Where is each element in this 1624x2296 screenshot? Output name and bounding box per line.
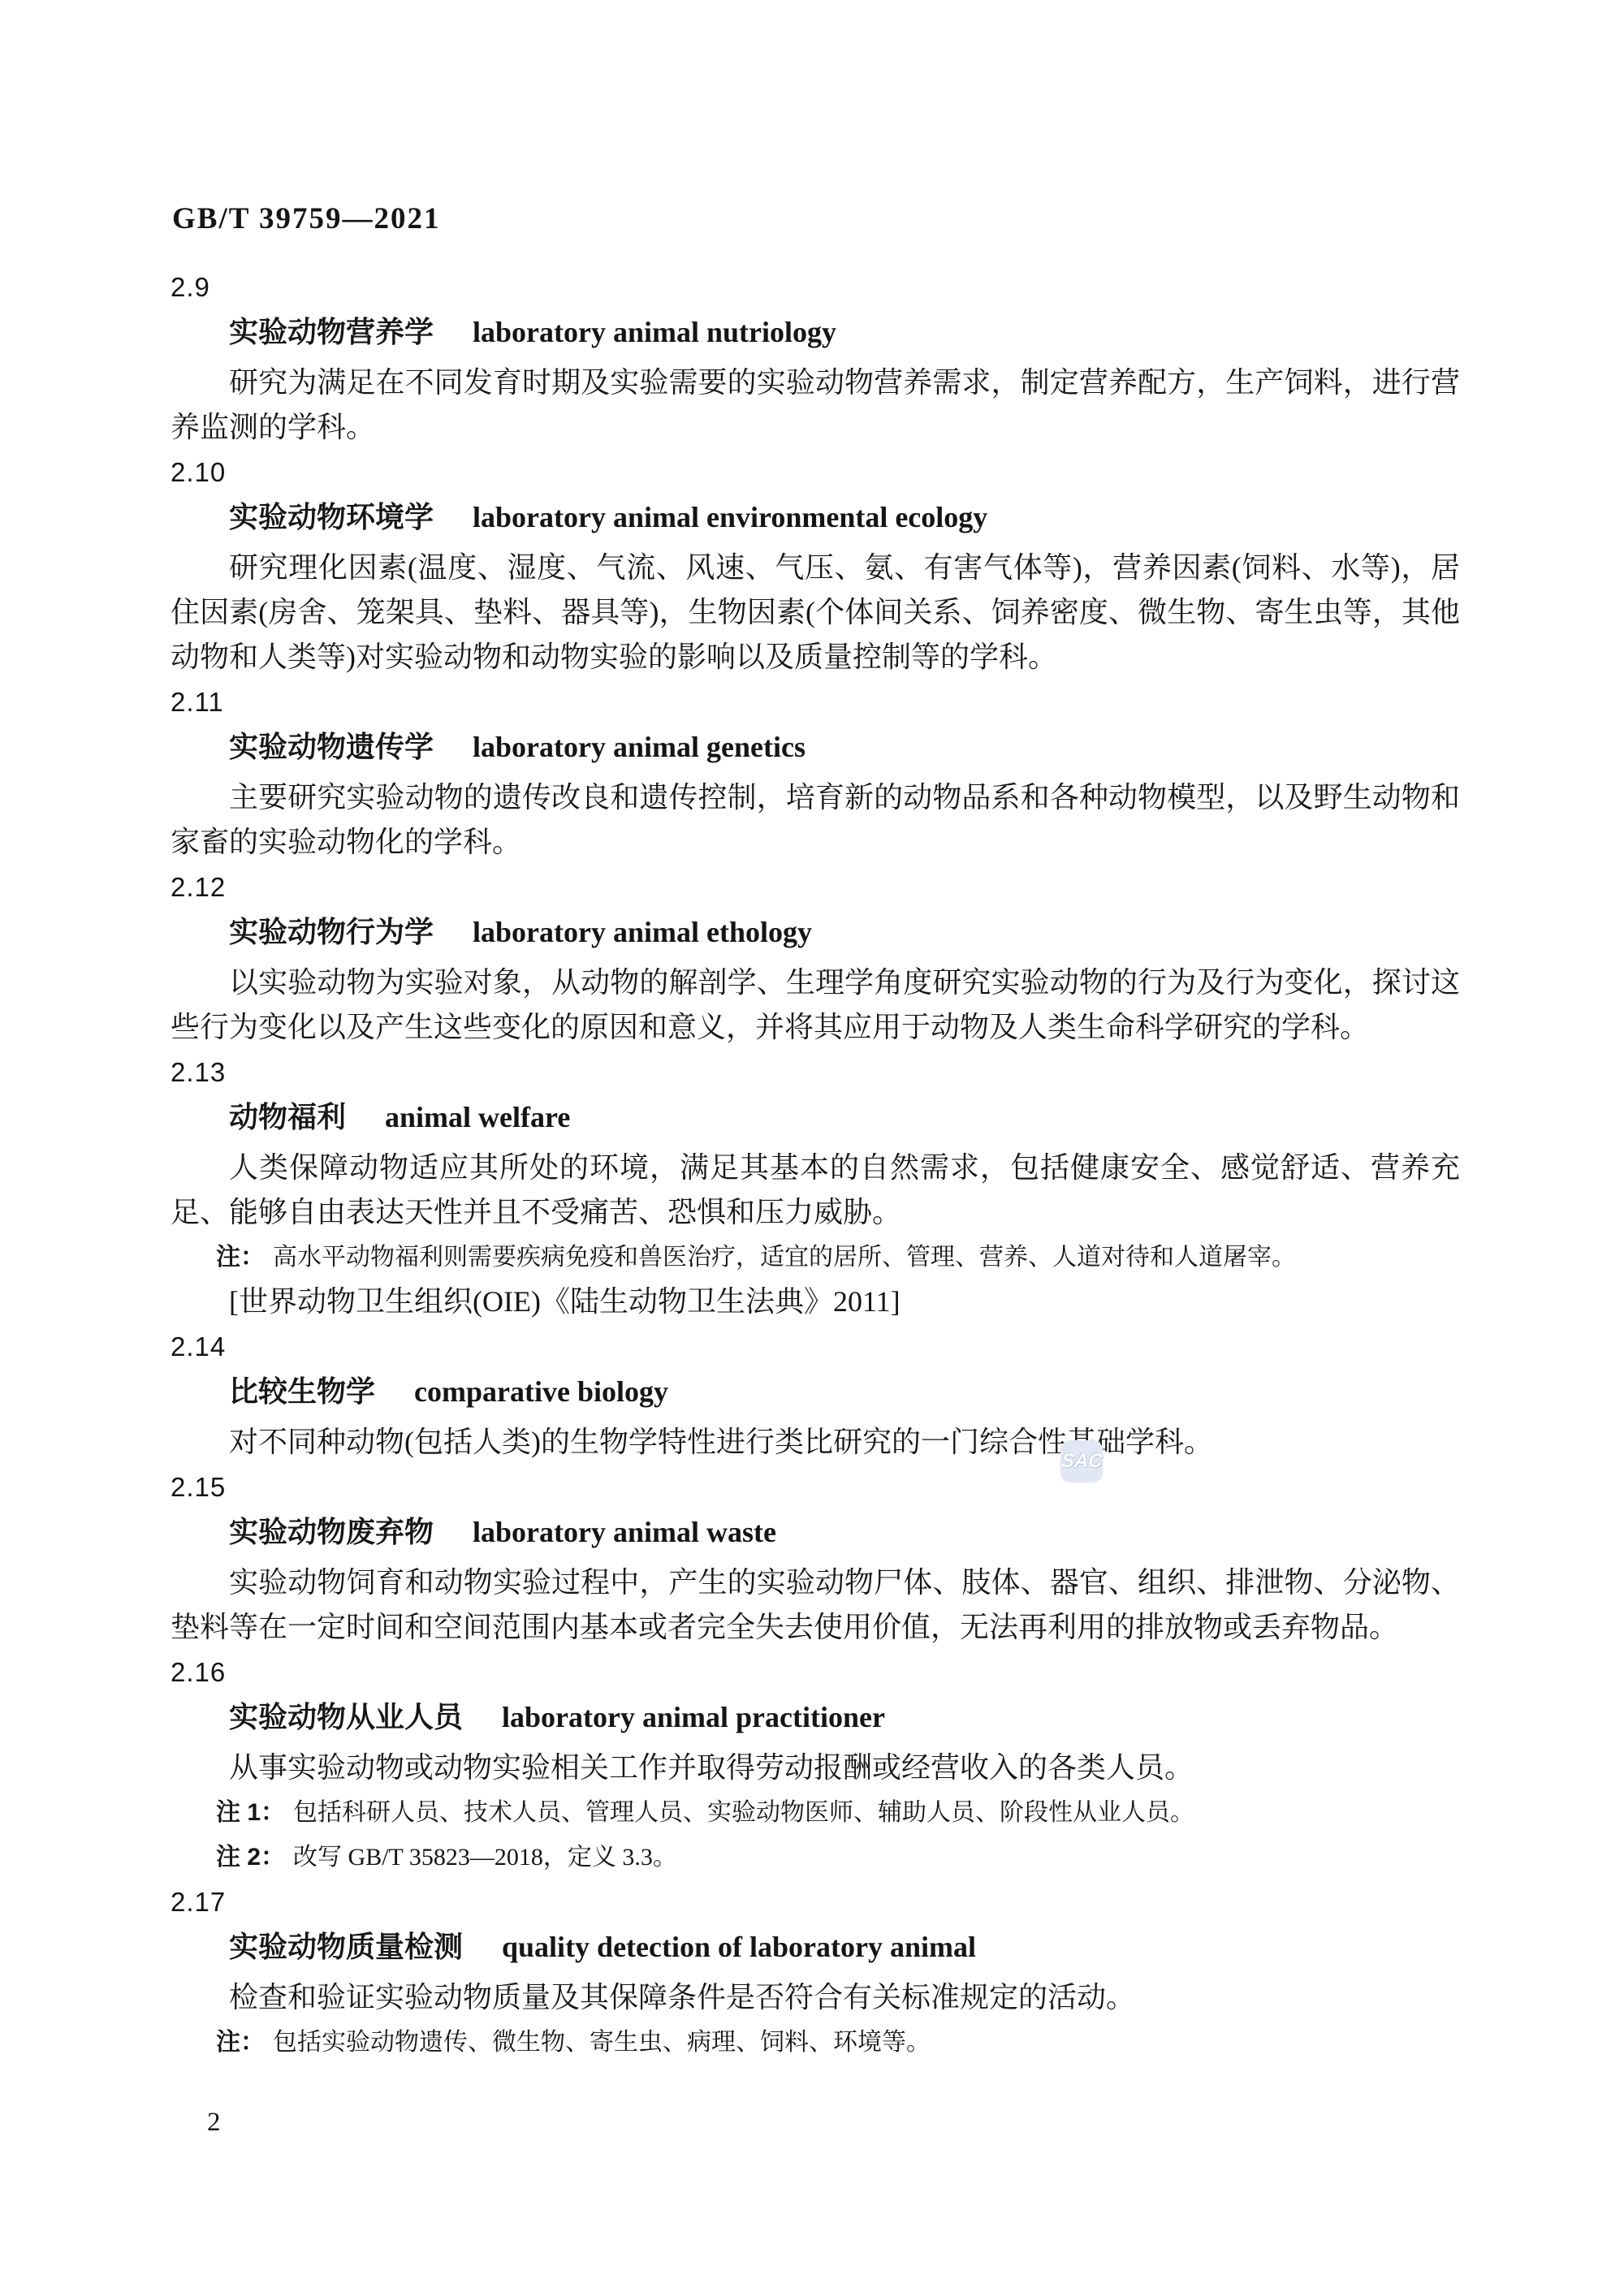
definition-paragraph: 对不同种动物(包括人类)的生物学特性进行类比研究的一门综合性基础学科。 bbox=[171, 1420, 1460, 1465]
term-zh: 动物福利 bbox=[229, 1100, 346, 1133]
term-section: 2.12 实验动物行为学 laboratory animal ethology … bbox=[171, 865, 1460, 1050]
note-text: 包括科研人员、技术人员、管理人员、实验动物医师、辅助人员、阶段性从业人员。 bbox=[293, 1799, 1194, 1826]
page-number: 2 bbox=[207, 2108, 221, 2138]
term-en: comparative biology bbox=[414, 1375, 668, 1408]
note-label: 注 2： bbox=[216, 1844, 285, 1871]
term-section: 2.11 实验动物遗传学 laboratory animal genetics … bbox=[171, 680, 1460, 865]
definition-paragraph: 实验动物饲育和动物实验过程中，产生的实验动物尸体、肢体、器官、组织、排泄物、分泌… bbox=[171, 1560, 1460, 1650]
clause-number: 2.9 bbox=[171, 265, 1460, 309]
sac-watermark-text: SAC bbox=[1060, 1450, 1104, 1473]
definition-paragraph: 研究理化因素(温度、湿度、气流、风速、气压、氨、有害气体等)，营养因素(饲料、水… bbox=[171, 546, 1460, 680]
term-en: laboratory animal waste bbox=[473, 1516, 776, 1548]
term-heading: 实验动物环境学 laboratory animal environmental … bbox=[171, 494, 1460, 546]
clause-number: 2.14 bbox=[171, 1324, 1460, 1369]
term-en: laboratory animal genetics bbox=[473, 731, 806, 763]
note-line: 注 2：改写 GB/T 35823—2018，定义 3.3。 bbox=[171, 1835, 1460, 1880]
note-label: 注： bbox=[216, 1244, 265, 1271]
clause-number: 2.16 bbox=[171, 1650, 1460, 1694]
definition-paragraph: 检查和验证实验动物质量及其保障条件是否符合有关标准规定的活动。 bbox=[171, 1975, 1460, 2020]
definition-paragraph: 从事实验动物或动物实验相关工作并取得劳动报酬或经营收入的各类人员。 bbox=[171, 1746, 1460, 1790]
term-section: 2.14 比较生物学 comparative biology 对不同种动物(包括… bbox=[171, 1324, 1460, 1465]
clause-number: 2.10 bbox=[171, 450, 1460, 494]
term-heading: 实验动物质量检测 quality detection of laboratory… bbox=[171, 1924, 1460, 1975]
term-zh: 比较生物学 bbox=[229, 1375, 375, 1408]
term-heading: 实验动物废弃物 laboratory animal waste bbox=[171, 1509, 1460, 1560]
term-section: 2.13 动物福利 animal welfare 人类保障动物适应其所处的环境，… bbox=[171, 1050, 1460, 1324]
term-en: laboratory animal environmental ecology bbox=[473, 501, 987, 533]
definition-paragraph: 研究为满足在不同发育时期及实验需要的实验动物营养需求，制定营养配方，生产饲料，进… bbox=[171, 360, 1460, 450]
term-zh: 实验动物质量检测 bbox=[229, 1930, 463, 1963]
term-zh: 实验动物遗传学 bbox=[229, 730, 434, 763]
term-section: 2.16 实验动物从业人员 laboratory animal practiti… bbox=[171, 1650, 1460, 1880]
note-line: 注 1：包括科研人员、技术人员、管理人员、实验动物医师、辅助人员、阶段性从业人员… bbox=[171, 1790, 1460, 1835]
clause-number: 2.13 bbox=[171, 1050, 1460, 1094]
term-en: laboratory animal nutriology bbox=[473, 316, 836, 348]
definition-paragraph: 人类保障动物适应其所处的环境，满足其基本的自然需求，包括健康安全、感觉舒适、营养… bbox=[171, 1146, 1460, 1235]
definition-paragraph: 以实验动物为实验对象，从动物的解剖学、生理学角度研究实验动物的行为及行为变化，探… bbox=[171, 960, 1460, 1050]
term-en: laboratory animal practitioner bbox=[502, 1701, 885, 1733]
term-zh: 实验动物行为学 bbox=[229, 915, 434, 948]
note-label: 注 1： bbox=[216, 1799, 285, 1826]
term-heading: 实验动物营养学 laboratory animal nutriology bbox=[171, 309, 1460, 360]
document-page: GB/T 39759—2021 2.9 实验动物营养学 laboratory a… bbox=[0, 0, 1624, 2296]
note-text: 包括实验动物遗传、微生物、寄生虫、病理、饲料、环境等。 bbox=[273, 2029, 931, 2056]
clause-number: 2.15 bbox=[171, 1465, 1460, 1509]
term-section: 2.9 实验动物营养学 laboratory animal nutriology… bbox=[171, 265, 1460, 450]
standard-code-header: GB/T 39759—2021 bbox=[172, 201, 441, 236]
term-zh: 实验动物环境学 bbox=[229, 500, 434, 533]
source-citation: [世界动物卫生组织(OIE)《陆生动物卫生法典》2011] bbox=[171, 1280, 1460, 1324]
term-section: 2.17 实验动物质量检测 quality detection of labor… bbox=[171, 1880, 1460, 2065]
note-line: 注：高水平动物福利则需要疾病免疫和兽医治疗，适宜的居所、管理、营养、人道对待和人… bbox=[171, 1235, 1460, 1280]
term-en: quality detection of laboratory animal bbox=[502, 1931, 976, 1963]
note-text: 改写 GB/T 35823—2018，定义 3.3。 bbox=[293, 1844, 677, 1871]
term-heading: 实验动物行为学 laboratory animal ethology bbox=[171, 909, 1460, 960]
term-en: laboratory animal ethology bbox=[473, 916, 812, 948]
term-heading: 比较生物学 comparative biology bbox=[171, 1369, 1460, 1420]
sac-watermark-logo: SAC bbox=[1060, 1440, 1103, 1482]
term-heading: 实验动物从业人员 laboratory animal practitioner bbox=[171, 1694, 1460, 1746]
term-heading: 动物福利 animal welfare bbox=[171, 1094, 1460, 1146]
clause-number: 2.12 bbox=[171, 865, 1460, 909]
term-section: 2.15 实验动物废弃物 laboratory animal waste 实验动… bbox=[171, 1465, 1460, 1650]
note-line: 注：包括实验动物遗传、微生物、寄生虫、病理、饲料、环境等。 bbox=[171, 2020, 1460, 2065]
term-heading: 实验动物遗传学 laboratory animal genetics bbox=[171, 724, 1460, 775]
note-label: 注： bbox=[216, 2029, 265, 2056]
term-zh: 实验动物营养学 bbox=[229, 315, 434, 348]
clause-number: 2.17 bbox=[171, 1880, 1460, 1924]
term-zh: 实验动物从业人员 bbox=[229, 1700, 463, 1733]
term-zh: 实验动物废弃物 bbox=[229, 1515, 434, 1548]
term-section: 2.10 实验动物环境学 laboratory animal environme… bbox=[171, 450, 1460, 680]
clause-number: 2.11 bbox=[171, 680, 1460, 724]
note-text: 高水平动物福利则需要疾病免疫和兽医治疗，适宜的居所、管理、营养、人道对待和人道屠… bbox=[273, 1244, 1296, 1271]
clauses-content: 2.9 实验动物营养学 laboratory animal nutriology… bbox=[171, 265, 1460, 2065]
definition-paragraph: 主要研究实验动物的遗传改良和遗传控制，培育新的动物品系和各种动物模型，以及野生动… bbox=[171, 775, 1460, 865]
term-en: animal welfare bbox=[385, 1101, 570, 1133]
